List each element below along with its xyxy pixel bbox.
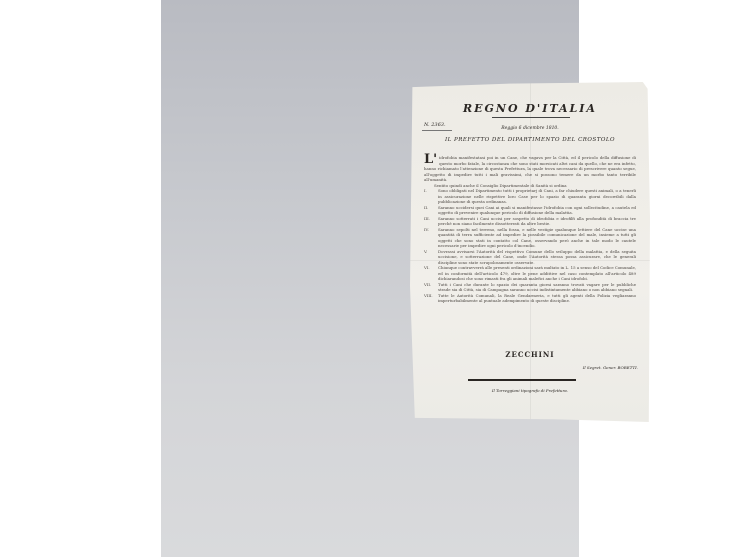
section-item: V.Dovrassi avvisarsi l'Autorità del risp…	[424, 249, 636, 266]
photo-backdrop: REGNO D'ITALIA N. 2363. Reggio 6 dicembr…	[161, 0, 579, 557]
countersignature: Il Segret. Gener. BORETTI.	[583, 365, 638, 370]
section-text: Saranno sepolti nel terreno, nella fossa…	[438, 227, 636, 249]
section-numeral: III.	[424, 216, 438, 227]
section-numeral: IV.	[424, 227, 438, 249]
drop-cap: L'	[424, 155, 437, 165]
section-numeral: VI.	[424, 265, 438, 282]
section-item: III.Saranno sotterrati i Cani uccisi per…	[424, 216, 636, 227]
intro-text: idrofobia manifestatasi poi in un Cane, …	[424, 155, 636, 182]
section-item: II.Saranno uccidersi quei Cani ai quali …	[424, 205, 636, 216]
intro-paragraph: L'idrofobia manifestatasi poi in un Cane…	[424, 155, 636, 183]
bottom-rule	[468, 379, 576, 381]
section-numeral: I.	[424, 188, 438, 205]
printer-line: Il Torreggiani tipografo di Prefettura.	[410, 388, 650, 393]
section-numeral: V.	[424, 249, 438, 266]
sections-list: I.Sono obbligati nel Dipartimento tutti …	[424, 188, 636, 304]
decree-document: REGNO D'ITALIA N. 2363. Reggio 6 dicembr…	[410, 82, 650, 422]
section-text: Saranno sotterrati i Cani uccisi per sos…	[438, 216, 636, 227]
document-heading: REGNO D'ITALIA	[410, 102, 650, 115]
section-numeral: VII.	[424, 282, 438, 293]
section-numeral: II.	[424, 205, 438, 216]
section-item: VIII.Tutte le Autorità Comunali, la Real…	[424, 293, 636, 304]
section-item: VI.Chiunque contravverrà alle presenti o…	[424, 265, 636, 282]
section-text: Dovrassi avvisarsi l'Autorità del rispet…	[438, 249, 636, 266]
section-text: Chiunque contravverrà alle presenti ordi…	[438, 265, 636, 282]
section-text: Sono obbligati nel Dipartimento tutti i …	[438, 188, 636, 205]
section-text: Tutte le Autorità Comunali, la Reale Gen…	[438, 293, 636, 304]
heading-rule	[492, 117, 570, 118]
section-item: I.Sono obbligati nel Dipartimento tutti …	[424, 188, 636, 205]
date-line: Reggio 6 dicembre 1810.	[410, 126, 650, 131]
section-item: VII.Tutti i Cani che durante lo spazio d…	[424, 282, 636, 293]
section-text: Tutti i Cani che durante lo spazio dei q…	[438, 282, 636, 293]
issuer-title: IL PREFETTO DEL DIPARTIMENTO DEL CROSTOL…	[410, 137, 650, 143]
section-numeral: VIII.	[424, 293, 438, 304]
section-text: Saranno uccidersi quei Cani ai quali si …	[438, 205, 636, 216]
section-item: IV.Saranno sepolti nel terreno, nella fo…	[424, 227, 636, 249]
document-body: L'idrofobia manifestatasi poi in un Cane…	[424, 155, 636, 304]
signature: ZECCHINI	[410, 350, 650, 359]
